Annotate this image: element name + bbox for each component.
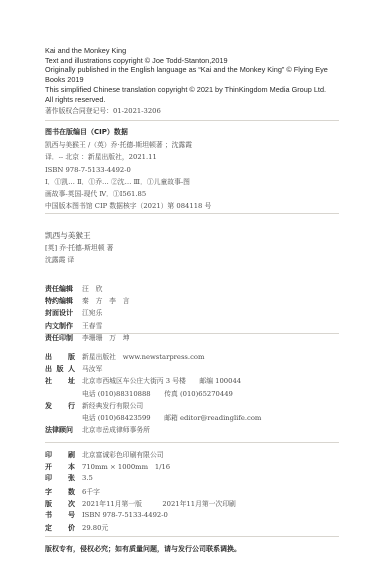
credit-row: 内文制作 王春雪 — [45, 320, 130, 332]
book-author: [英] 乔·托德-斯坦顿 著 — [45, 242, 113, 254]
book-title: 凯西与美猴王 — [45, 229, 113, 242]
credits-block: 责任编辑 汪 欣 特约编辑 秦 方 李 言 封面设计 江宛乐 内文制作 王春雪 … — [45, 283, 130, 344]
divider — [45, 213, 339, 214]
label-char: 书 — [45, 510, 52, 520]
label-char: 社 — [45, 376, 52, 386]
print-row: 版次 2021年11月第一版 2021年11月第一次印刷 — [45, 498, 236, 510]
print-value: 2021年11月第一版 2021年11月第一次印刷 — [82, 498, 236, 508]
label-char: 址 — [68, 376, 75, 386]
credit-row: 封面设计 江宛乐 — [45, 307, 130, 319]
print-label: 版次 — [45, 499, 75, 509]
distribution-row: 发 行 新经典发行有限公司 — [45, 400, 261, 412]
divider — [45, 536, 339, 537]
label-char: 次 — [68, 499, 75, 509]
label-char: 行 — [68, 401, 75, 411]
english-copyright-block: Kai and the Monkey King Text and illustr… — [45, 46, 328, 118]
print-value: 710mm × 1000mm 1/16 — [82, 461, 170, 471]
address-row: 社 址 北京市西城区车公庄大街丙 3 号楼 邮编 100044 — [45, 375, 261, 387]
publisher-person-value: 马汝军 — [82, 363, 102, 373]
cip-block: 图书在版编目（CIP）数据 凯西与美猴王 /（英）乔·托德-斯坦顿著 ；沈露霞 … — [45, 126, 211, 213]
credit-label: 内文制作 — [45, 321, 82, 331]
credit-value: 秦 方 李 言 — [82, 295, 130, 305]
label-char: 号 — [68, 510, 75, 520]
publish-label: 出 版 — [45, 352, 75, 362]
print-label: 书号 — [45, 510, 75, 520]
credit-label: 特约编辑 — [45, 296, 82, 306]
publish-value: 新星出版社 www.newstarpress.com — [82, 351, 204, 361]
address-phone-row: 电话 (010)88310888 传真 (010)65270449 — [45, 388, 261, 400]
label-char: 印 — [45, 473, 52, 483]
print-row: 书号 ISBN 978-7-5133-4492-0 — [45, 510, 236, 522]
distribution-contact-row: 电话 (010)68423599 邮箱 editor@readinglife.c… — [45, 412, 261, 424]
label-char: 人 — [68, 364, 75, 374]
publisher-person-label: 出 版 人 — [45, 364, 75, 374]
legal-row: 法律顾问 北京市岳成律师事务所 — [45, 424, 261, 436]
label-char: 出 — [45, 364, 52, 374]
credit-row: 责任编辑 汪 欣 — [45, 283, 130, 295]
print-row: 印刷 北京富诚彩色印刷有限公司 — [45, 449, 236, 461]
distribution-contact: 电话 (010)68423599 邮箱 editor@readinglife.c… — [82, 412, 261, 422]
label-char: 版 — [68, 352, 75, 362]
print-label: 开本 — [45, 462, 75, 472]
book-translator: 沈露霞 译 — [45, 254, 113, 266]
footer-notice: 版权专有，侵权必究；如有质量问题，请与发行公司联系调换。 — [45, 544, 241, 554]
address-phone: 电话 (010)88310888 传真 (010)65270449 — [82, 388, 233, 398]
publisher-block: 出 版 新星出版社 www.newstarpress.com 出 版 人 马汝军… — [45, 351, 261, 436]
address-value: 北京市西城区车公庄大街丙 3 号楼 邮编 100044 — [82, 375, 241, 385]
label-char: 字 — [45, 487, 52, 497]
credit-label: 封面设计 — [45, 308, 82, 318]
credit-row: 特约编辑 秦 方 李 言 — [45, 295, 130, 307]
copyright-line: Originally published in the English lang… — [45, 65, 328, 75]
cip-line: 译．-- 北京 ：新星出版社，2021.11 — [45, 151, 211, 163]
divider — [45, 120, 339, 121]
label-char: 版 — [45, 499, 52, 509]
copyright-line: Books 2019 — [45, 75, 328, 85]
legal-value: 北京市岳成律师事务所 — [82, 424, 150, 434]
print-value: 29.80元 — [82, 522, 108, 532]
label-char: 定 — [45, 523, 52, 533]
publish-row: 出 版 新星出版社 www.newstarpress.com — [45, 351, 261, 363]
contract-registration-number: 著作版权合同登记号：01-2021-3206 — [45, 105, 328, 117]
credit-value: 汪 欣 — [82, 283, 102, 293]
legal-label: 法律顾问 — [45, 425, 82, 435]
label-char: 价 — [68, 523, 75, 533]
label-char: 刷 — [68, 450, 75, 460]
title-block: 凯西与美猴王 [英] 乔·托德-斯坦顿 著 沈露霞 译 — [45, 229, 113, 267]
print-row: 开本 710mm × 1000mm 1/16 — [45, 461, 236, 473]
print-value: 6千字 — [82, 486, 100, 496]
copyright-line: This simplified Chinese translation copy… — [45, 85, 328, 95]
cip-line: 凯西与美猴王 /（英）乔·托德-斯坦顿著 ；沈露霞 — [45, 139, 211, 151]
label-char: 发 — [45, 401, 52, 411]
print-row: 字数 6千字 — [45, 486, 236, 498]
label-char: 本 — [68, 462, 75, 472]
print-value: 3.5 — [82, 474, 93, 482]
cip-line: 中国版本图书馆 CIP 数据核字（2021）第 084118 号 — [45, 200, 211, 212]
credit-value: 江宛乐 — [82, 307, 102, 317]
cip-line: ISBN 978-7-5133-4492-0 — [45, 164, 211, 176]
cip-line: 画故事-英国-现代 Ⅳ．①I561.85 — [45, 188, 211, 200]
label-char: 版 — [57, 364, 64, 374]
print-label: 字数 — [45, 487, 75, 497]
divider — [45, 333, 339, 334]
copyright-line: All rights reserved. — [45, 95, 328, 105]
label-char: 印 — [45, 450, 52, 460]
print-label: 印张 — [45, 473, 75, 483]
print-row: 印张 3.5 — [45, 473, 236, 485]
print-label: 定价 — [45, 523, 75, 533]
cip-line: Ⅰ．①凯… Ⅱ．①乔… ②沈… Ⅲ．①儿童故事-图 — [45, 176, 211, 188]
label-char: 出 — [45, 352, 52, 362]
label-char: 开 — [45, 462, 52, 472]
credit-value: 王春雪 — [82, 320, 102, 330]
printing-block: 印刷 北京富诚彩色印刷有限公司 开本 710mm × 1000mm 1/16 印… — [45, 449, 236, 534]
print-row: 定价 29.80元 — [45, 522, 236, 534]
label-char: 数 — [68, 487, 75, 497]
divider — [45, 442, 339, 443]
copyright-line: Kai and the Monkey King — [45, 46, 328, 56]
distribution-value: 新经典发行有限公司 — [82, 400, 143, 410]
print-label: 印刷 — [45, 450, 75, 460]
publisher-person-row: 出 版 人 马汝军 — [45, 363, 261, 375]
cip-heading: 图书在版编目（CIP）数据 — [45, 126, 211, 139]
address-label: 社 址 — [45, 376, 75, 386]
distribution-label: 发 行 — [45, 401, 75, 411]
credit-label: 责任编辑 — [45, 284, 82, 294]
print-value: ISBN 978-7-5133-4492-0 — [82, 511, 168, 519]
copyright-line: Text and illustrations copyright © Joe T… — [45, 56, 328, 66]
print-value: 北京富诚彩色印刷有限公司 — [82, 449, 164, 459]
label-char: 张 — [68, 473, 75, 483]
